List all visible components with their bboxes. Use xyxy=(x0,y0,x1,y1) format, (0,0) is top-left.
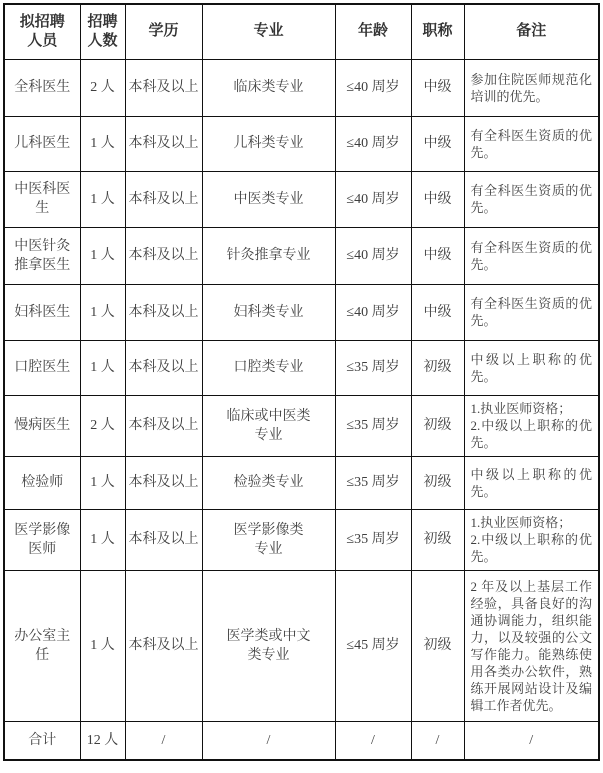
table-row: 慢病医生 2 人 本科及以上 临床或中医类 专业 ≤35 周岁 初级 1.执业医… xyxy=(4,395,599,456)
cell-title: 初级 xyxy=(411,456,464,509)
cell-remark: 中级以上职称的优先。 xyxy=(464,340,599,395)
cell-remark: 参加住院医师规范化培训的优先。 xyxy=(464,59,599,116)
cell-title: 初级 xyxy=(411,509,464,570)
cell-position: 检验师 xyxy=(4,456,80,509)
header-major: 专业 xyxy=(202,4,335,59)
cell-title: 中级 xyxy=(411,284,464,340)
cell-education: 本科及以上 xyxy=(125,227,202,284)
cell-count: 1 人 xyxy=(80,171,125,227)
cell-major: 检验类专业 xyxy=(202,456,335,509)
cell-position: 办公室主任 xyxy=(4,570,80,721)
header-remark: 备注 xyxy=(464,4,599,59)
cell-count: 1 人 xyxy=(80,570,125,721)
header-row: 拟招聘 人员 招聘 人数 学历 专业 年龄 职称 备注 xyxy=(4,4,599,59)
cell-title: 中级 xyxy=(411,171,464,227)
table-row: 中医针灸 推拿医生 1 人 本科及以上 针灸推拿专业 ≤40 周岁 中级 有全科… xyxy=(4,227,599,284)
cell-major: 儿科类专业 xyxy=(202,116,335,171)
cell-age: ≤40 周岁 xyxy=(335,284,411,340)
cell-title: 中级 xyxy=(411,59,464,116)
cell-major: 口腔类专业 xyxy=(202,340,335,395)
table-row: 儿科医生 1 人 本科及以上 儿科类专业 ≤40 周岁 中级 有全科医生资质的优… xyxy=(4,116,599,171)
cell-position: 口腔医生 xyxy=(4,340,80,395)
cell-major: 针灸推拿专业 xyxy=(202,227,335,284)
cell-title: 初级 xyxy=(411,395,464,456)
header-age: 年龄 xyxy=(335,4,411,59)
cell-position: 全科医生 xyxy=(4,59,80,116)
page: 拟招聘 人员 招聘 人数 学历 专业 年龄 职称 备注 全科医生 2 人 本科及… xyxy=(0,0,603,761)
cell-education: 本科及以上 xyxy=(125,509,202,570)
cell-remark: 有全科医生资质的优先。 xyxy=(464,171,599,227)
cell-remark: 有全科医生资质的优先。 xyxy=(464,116,599,171)
cell-age: ≤35 周岁 xyxy=(335,456,411,509)
table-row: 口腔医生 1 人 本科及以上 口腔类专业 ≤35 周岁 初级 中级以上职称的优先… xyxy=(4,340,599,395)
header-position: 拟招聘 人员 xyxy=(4,4,80,59)
cell-remark: 有全科医生资质的优先。 xyxy=(464,227,599,284)
cell-remark: / xyxy=(464,721,599,760)
cell-age: ≤35 周岁 xyxy=(335,340,411,395)
cell-major: 医学类或中文 类专业 xyxy=(202,570,335,721)
cell-count: 1 人 xyxy=(80,509,125,570)
cell-education: 本科及以上 xyxy=(125,340,202,395)
table-row: 妇科医生 1 人 本科及以上 妇科类专业 ≤40 周岁 中级 有全科医生资质的优… xyxy=(4,284,599,340)
cell-major: 医学影像类 专业 xyxy=(202,509,335,570)
cell-age: ≤40 周岁 xyxy=(335,59,411,116)
cell-education: 本科及以上 xyxy=(125,284,202,340)
table-row: 办公室主任 1 人 本科及以上 医学类或中文 类专业 ≤45 周岁 初级 2 年… xyxy=(4,570,599,721)
cell-major: 中医类专业 xyxy=(202,171,335,227)
cell-remark: 1.执业医师资格； 2.中级以上职称的优先。 xyxy=(464,395,599,456)
cell-education: 本科及以上 xyxy=(125,116,202,171)
cell-title: / xyxy=(411,721,464,760)
cell-position: 慢病医生 xyxy=(4,395,80,456)
cell-major: / xyxy=(202,721,335,760)
cell-position: 中医针灸 推拿医生 xyxy=(4,227,80,284)
cell-education: 本科及以上 xyxy=(125,570,202,721)
cell-education: 本科及以上 xyxy=(125,59,202,116)
cell-age: ≤45 周岁 xyxy=(335,570,411,721)
cell-age: ≤40 周岁 xyxy=(335,116,411,171)
cell-position: 中医科医生 xyxy=(4,171,80,227)
total-row: 合计 12 人 / / / / / xyxy=(4,721,599,760)
cell-education: 本科及以上 xyxy=(125,456,202,509)
table-row: 全科医生 2 人 本科及以上 临床类专业 ≤40 周岁 中级 参加住院医师规范化… xyxy=(4,59,599,116)
cell-title: 中级 xyxy=(411,116,464,171)
cell-count: 2 人 xyxy=(80,395,125,456)
cell-education: 本科及以上 xyxy=(125,395,202,456)
cell-title: 中级 xyxy=(411,227,464,284)
cell-count: 2 人 xyxy=(80,59,125,116)
cell-major: 临床类专业 xyxy=(202,59,335,116)
cell-position: 医学影像 医师 xyxy=(4,509,80,570)
cell-count: 12 人 xyxy=(80,721,125,760)
cell-remark: 有全科医生资质的优先。 xyxy=(464,284,599,340)
cell-count: 1 人 xyxy=(80,456,125,509)
cell-count: 1 人 xyxy=(80,227,125,284)
recruitment-table: 拟招聘 人员 招聘 人数 学历 专业 年龄 职称 备注 全科医生 2 人 本科及… xyxy=(3,3,600,761)
cell-major: 临床或中医类 专业 xyxy=(202,395,335,456)
table-row: 中医科医生 1 人 本科及以上 中医类专业 ≤40 周岁 中级 有全科医生资质的… xyxy=(4,171,599,227)
cell-count: 1 人 xyxy=(80,116,125,171)
cell-age: / xyxy=(335,721,411,760)
table-row: 医学影像 医师 1 人 本科及以上 医学影像类 专业 ≤35 周岁 初级 1.执… xyxy=(4,509,599,570)
cell-position: 合计 xyxy=(4,721,80,760)
cell-title: 初级 xyxy=(411,570,464,721)
cell-education: / xyxy=(125,721,202,760)
cell-age: ≤40 周岁 xyxy=(335,227,411,284)
cell-title: 初级 xyxy=(411,340,464,395)
cell-remark: 中级以上职称的优先。 xyxy=(464,456,599,509)
header-education: 学历 xyxy=(125,4,202,59)
cell-remark: 1.执业医师资格； 2.中级以上职称的优先。 xyxy=(464,509,599,570)
table-row: 检验师 1 人 本科及以上 检验类专业 ≤35 周岁 初级 中级以上职称的优先。 xyxy=(4,456,599,509)
cell-count: 1 人 xyxy=(80,340,125,395)
cell-age: ≤35 周岁 xyxy=(335,395,411,456)
cell-position: 妇科医生 xyxy=(4,284,80,340)
cell-age: ≤40 周岁 xyxy=(335,171,411,227)
cell-remark: 2 年及以上基层工作经验，具备良好的沟通协调能力，组织能力，以及较强的公文写作能… xyxy=(464,570,599,721)
header-title: 职称 xyxy=(411,4,464,59)
cell-age: ≤35 周岁 xyxy=(335,509,411,570)
cell-count: 1 人 xyxy=(80,284,125,340)
cell-position: 儿科医生 xyxy=(4,116,80,171)
header-count: 招聘 人数 xyxy=(80,4,125,59)
cell-major: 妇科类专业 xyxy=(202,284,335,340)
cell-education: 本科及以上 xyxy=(125,171,202,227)
